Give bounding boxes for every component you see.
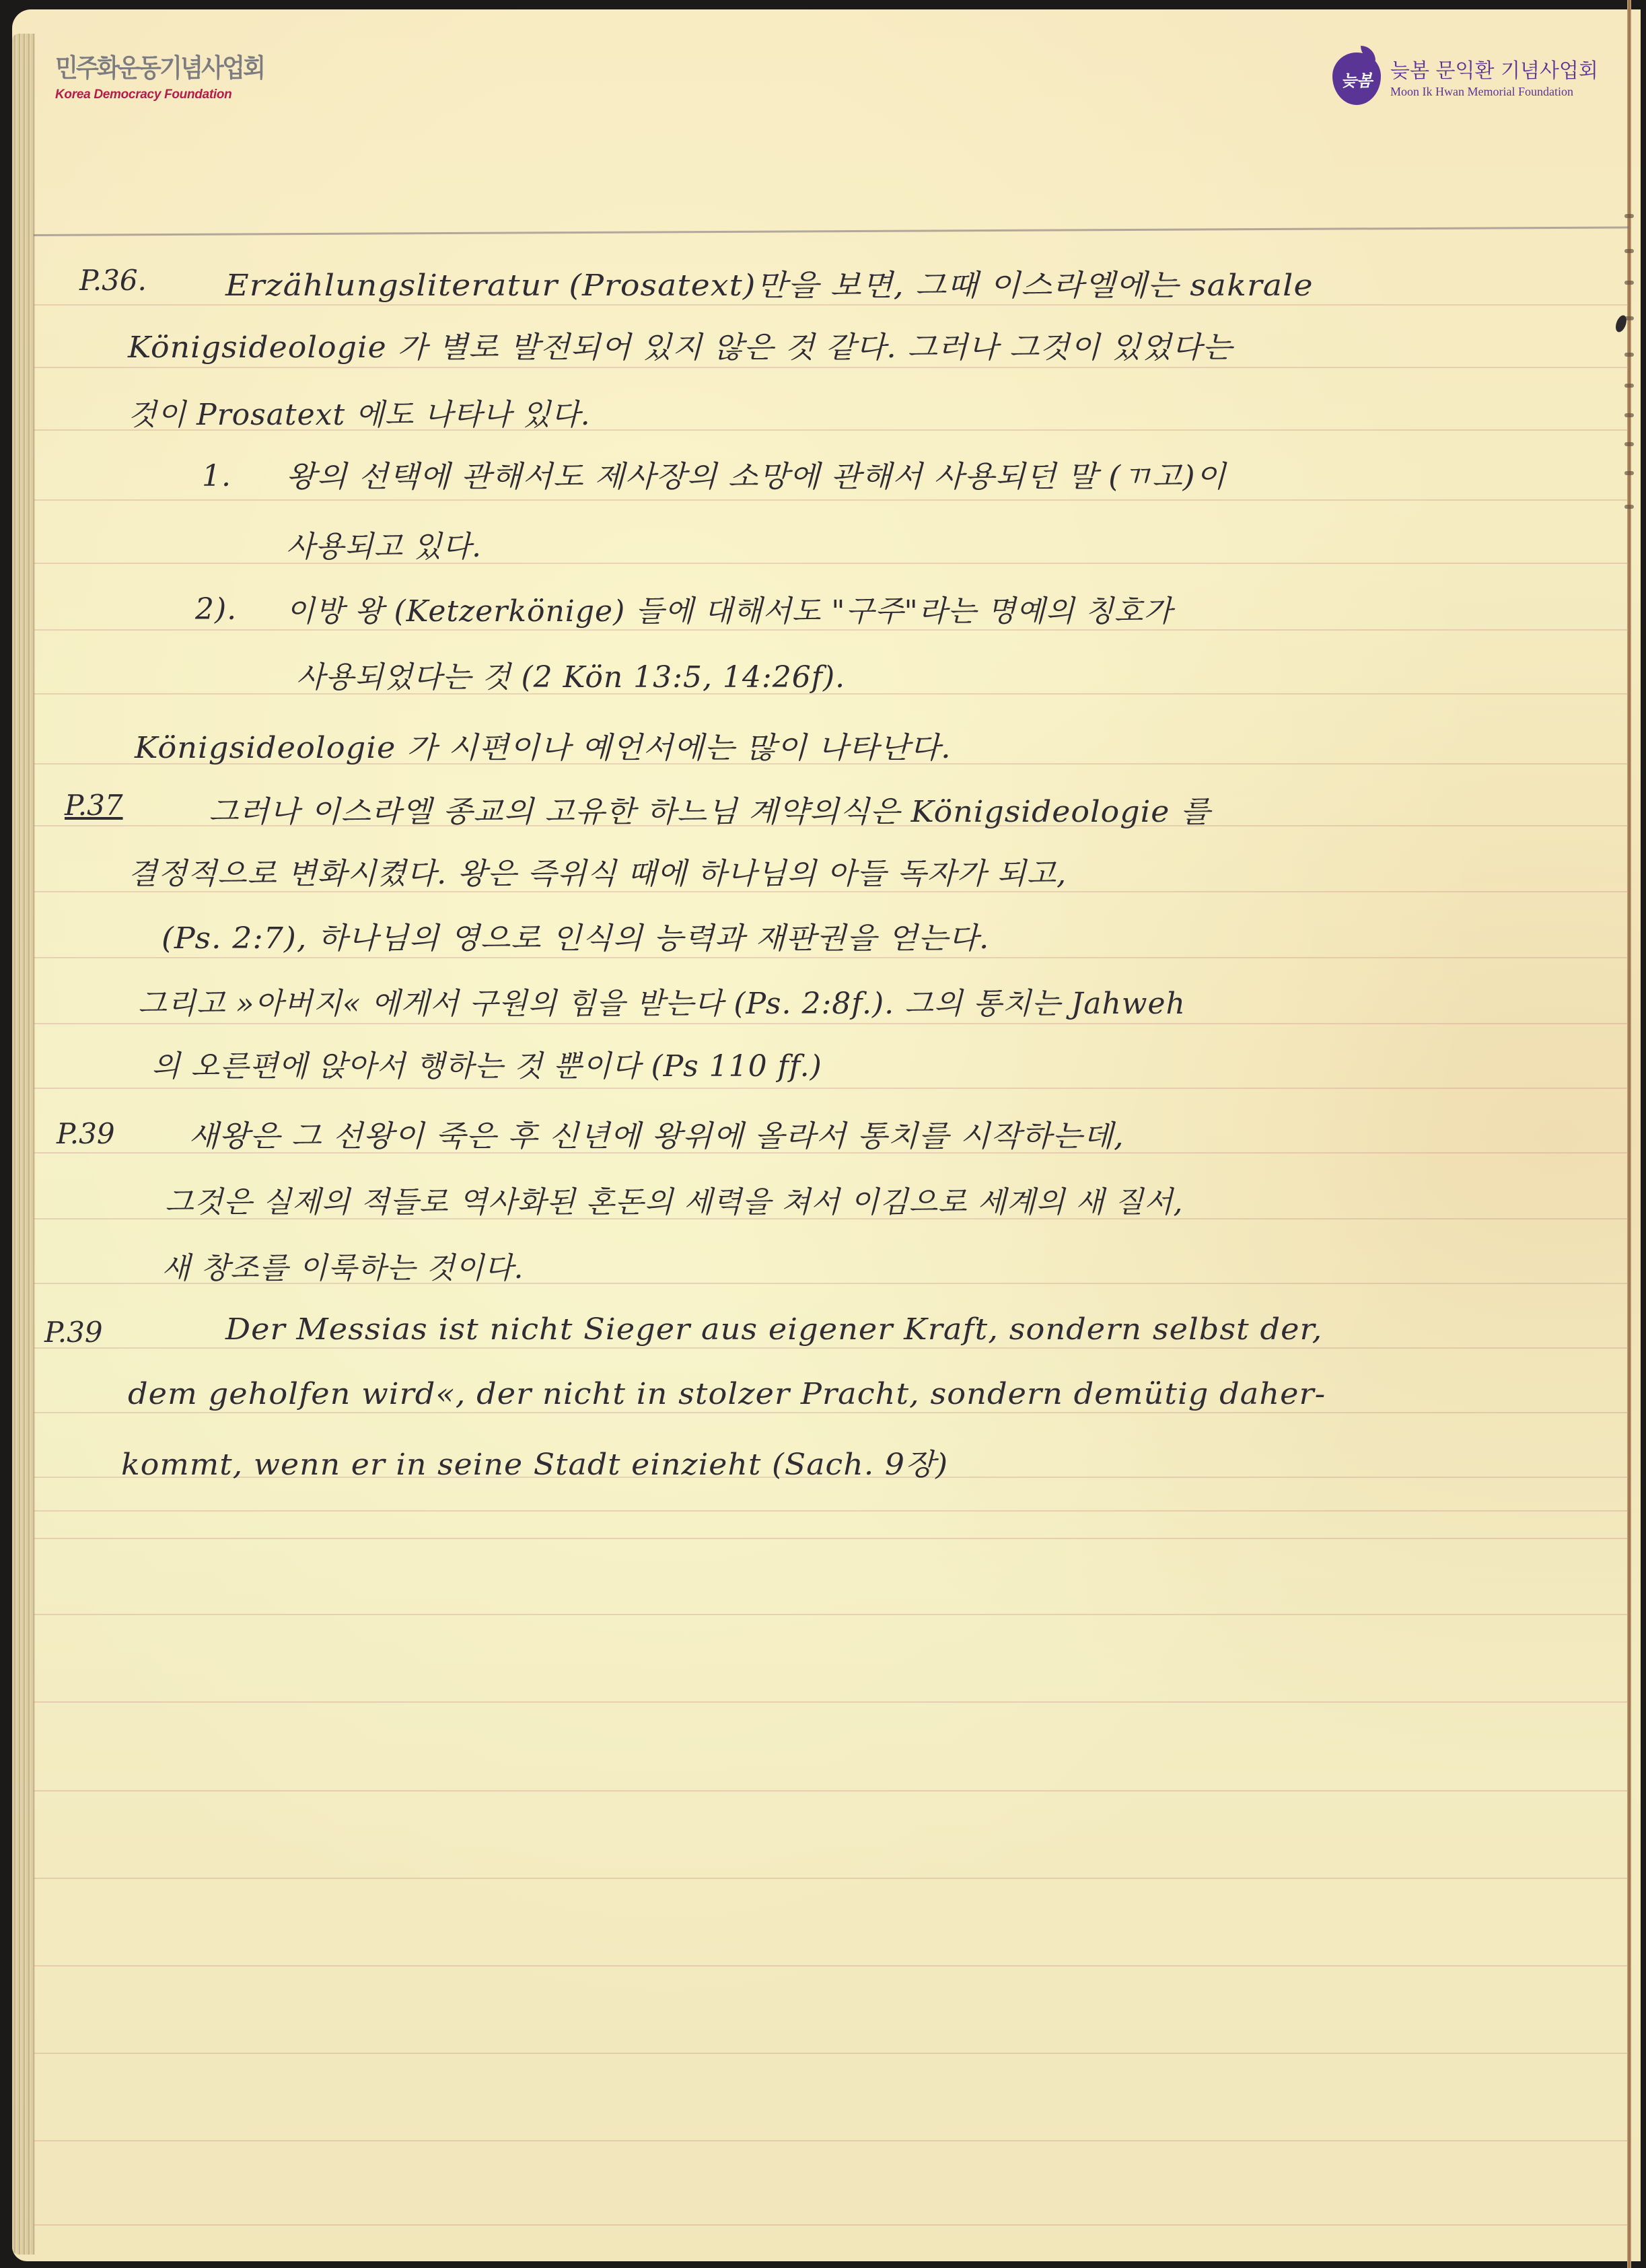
ruled-line (34, 367, 1629, 368)
note-line: 그러나 이스라엘 종교의 고유한 하느님 계약의식은 Königsideolog… (209, 787, 1211, 830)
ruled-line (34, 1510, 1629, 1512)
ruled-line (34, 1614, 1629, 1615)
ruled-line (34, 1412, 1629, 1413)
binding-stitch (1624, 471, 1634, 475)
binding-stitch (1624, 281, 1634, 285)
page-stack-edges (12, 34, 35, 2255)
note-line: Königsideologie 가 시편이나 예언서에는 많이 나타난다. (135, 723, 952, 767)
neutbom-emblem-icon: 늦봄 (1332, 52, 1381, 105)
page-ref-label: P.39 (57, 1117, 115, 1150)
note-line: 왕의 선택에 관해서도 제사장의 소망에 관해서 사용되던 말 (ㄲ고)이 (286, 452, 1226, 495)
note-line: Königsideologie 가 별로 발전되어 있지 않은 것 같다. 그러… (128, 323, 1233, 366)
binding-stitch (1624, 384, 1634, 388)
note-line: 이방 왕 (Ketzerkönige) 들에 대해서도 "구주"라는 명예의 칭… (286, 587, 1173, 630)
ruled-line (34, 957, 1629, 958)
moon-ik-hwan-foundation-logo: 늦봄 늦봄 문익환 기념사업회 Moon Ik Hwan Memorial Fo… (1332, 52, 1598, 105)
note-line: Erzählungsliteratur (Prosatext)만을 보면, 그때… (225, 261, 1314, 304)
note-line: Der Messias ist nicht Sieger aus eigener… (225, 1312, 1322, 1347)
note-line: 새 창조를 이룩하는 것이다. (162, 1244, 524, 1287)
page-ref-label: P.36. (79, 264, 147, 297)
binding-stitch (1624, 413, 1634, 417)
ruled-line (34, 1701, 1629, 1703)
note-line: 사용되고 있다. (286, 522, 482, 565)
ruled-line (34, 304, 1629, 306)
note-line: 새왕은 그 선왕이 죽은 후 신년에 왕위에 올라서 통치를 시작하는데, (188, 1112, 1124, 1155)
ruled-line (34, 1347, 1629, 1349)
binding-stitch (1624, 214, 1634, 218)
binding-stitch (1624, 505, 1634, 509)
korea-democracy-foundation-logo: 민주화운동기념사업회 Korea Democracy Foundation (55, 52, 282, 102)
note-line: 그리고 »아버지« 에게서 구원의 힘을 받는다 (Ps. 2:8f.). 그의… (138, 979, 1186, 1022)
ruled-line (34, 563, 1629, 564)
ruled-line (34, 1790, 1629, 1792)
binding-stitch (1624, 353, 1634, 357)
note-line: dem geholfen wird«, der nicht in stolzer… (128, 1377, 1326, 1411)
list-marker: 1. (202, 459, 231, 493)
logo-korean-text: 늦봄 문익환 기념사업회 (1390, 59, 1598, 83)
page-ref-label: P.39 (44, 1316, 103, 1349)
binding-stitch (1624, 249, 1634, 253)
ruled-line (34, 1088, 1629, 1089)
ruled-line (34, 2053, 1629, 2054)
note-line: 사용되었다는 것 (2 Kön 13:5, 14:26f). (296, 653, 845, 696)
note-line: 것이 Prosatext 에도 나타나 있다. (128, 390, 591, 433)
ruled-line (34, 1878, 1629, 1879)
ruled-line (34, 1965, 1629, 1966)
note-line: 의 오른편에 앉아서 행하는 것 뿐이다 (Ps 110 ff.) (151, 1042, 822, 1085)
logo-english-text: Moon Ik Hwan Memorial Foundation (1390, 85, 1598, 99)
page-ref-label: P.37 (65, 789, 123, 822)
list-marker: 2). (195, 592, 237, 627)
note-line: kommt, wenn er in seine Stadt einzieht (… (121, 1440, 948, 1483)
ruled-line (34, 2224, 1629, 2226)
ruled-line (34, 1538, 1629, 1539)
logo-korean-text: 민주화운동기념사업회 (55, 52, 264, 83)
note-line: 그것은 실제의 적들로 역사화된 혼돈의 세력을 쳐서 이김으로 세계의 새 질… (165, 1178, 1183, 1221)
logo-english-text: Korea Democracy Foundation (55, 87, 282, 102)
ruled-line (34, 499, 1629, 501)
binding-stitch (1624, 442, 1634, 446)
note-line: (Ps. 2:7), 하나님의 영으로 인식의 능력과 재판권을 얻는다. (162, 914, 989, 957)
note-line: 결정적으로 변화시켰다. 왕은 즉위식 때에 하나님의 아들 독자가 되고, (128, 849, 1067, 892)
ruled-line (34, 1023, 1629, 1024)
ruled-line (34, 2140, 1629, 2141)
notebook-binding (1627, 0, 1631, 2268)
emblem-text: 늦봄 (1341, 67, 1372, 91)
